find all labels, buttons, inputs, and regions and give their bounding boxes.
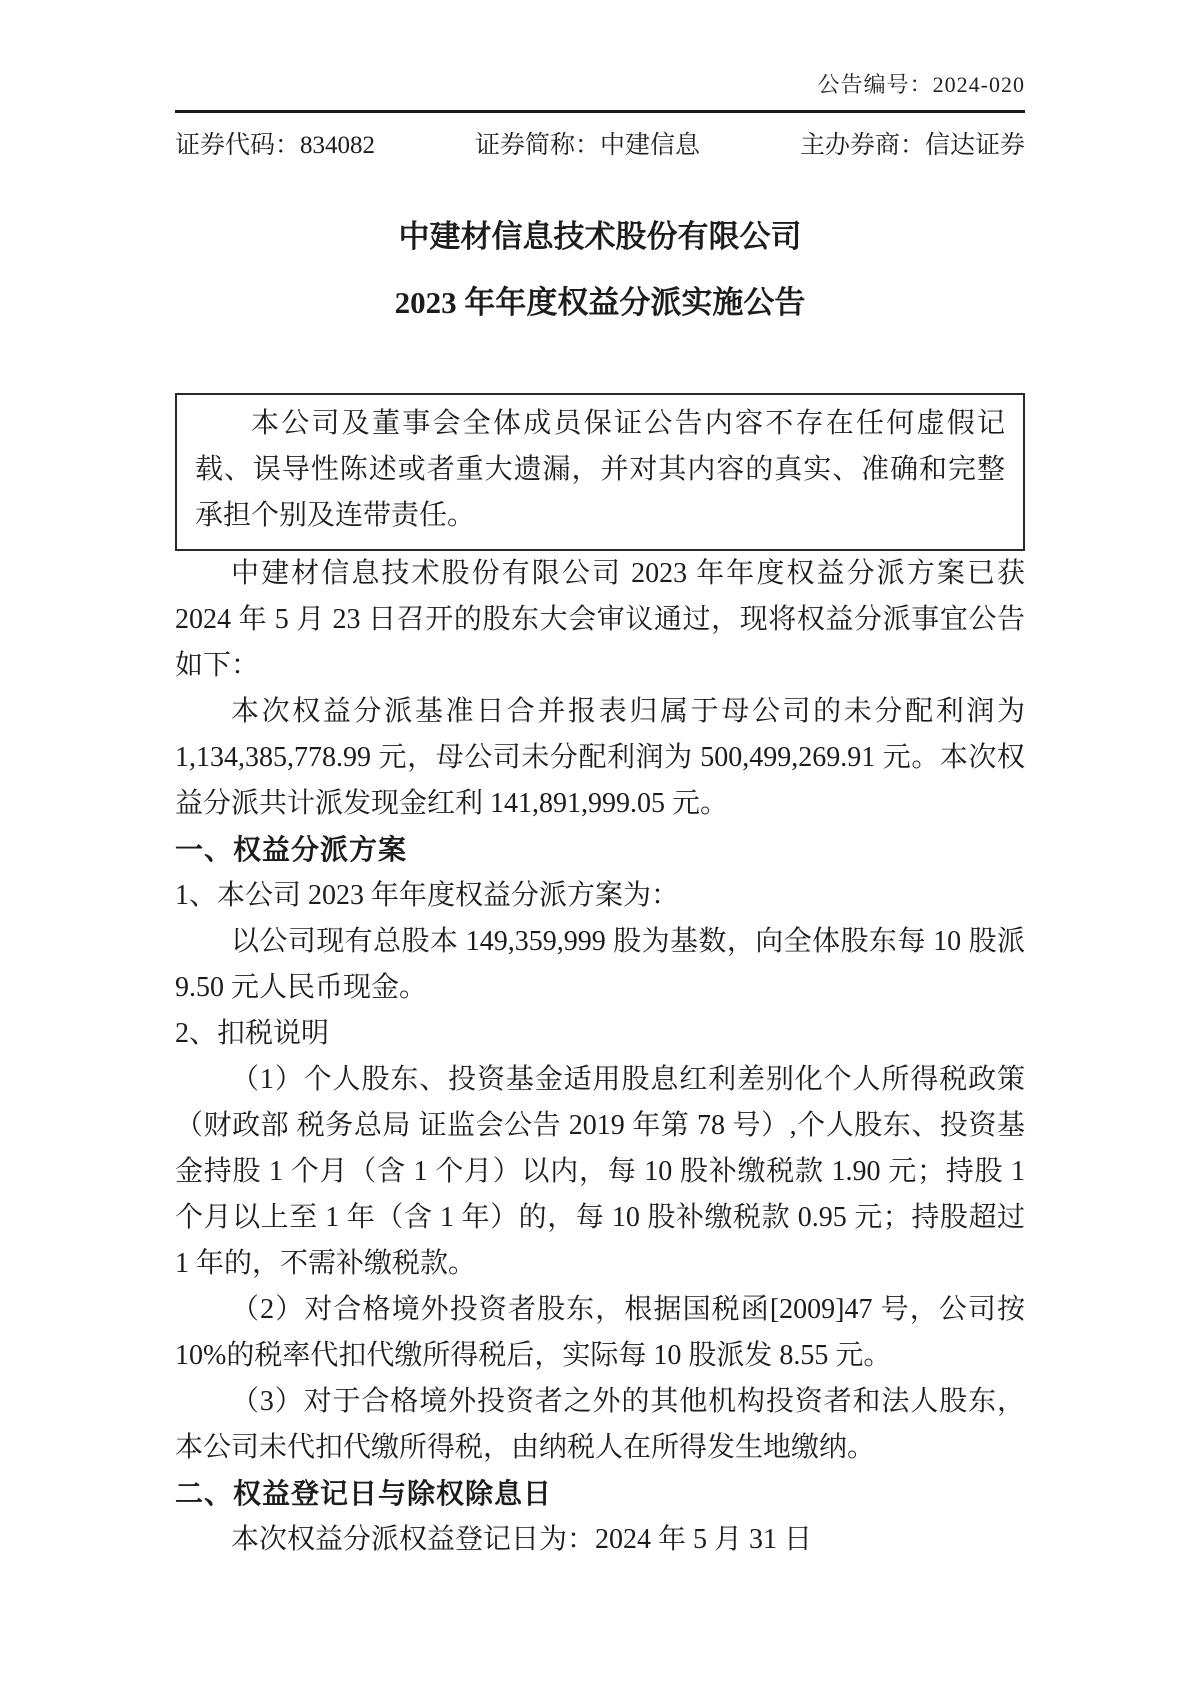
disclaimer-box: 本公司及董事会全体成员保证公告内容不存在任何虚假记载、误导性陈述或者重大遗漏，并… [175, 393, 1025, 551]
intro-paragraph-1: 中建材信息技术股份有限公司 2023 年年度权益分派方案已获 2024 年 5 … [175, 551, 1025, 689]
section1-item1-detail: 以公司现有总股本 149,359,999 股为基数，向全体股东每 10 股派 9… [175, 919, 1025, 1011]
intro-paragraph-2: 本次权益分派基准日合并报表归属于母公司的未分配利润为 1,134,385,778… [175, 689, 1025, 827]
stock-code-label: 证券代码：834082 [175, 131, 375, 161]
document-page: 公告编号：2024-020 证券代码：834082 证券简称：中建信息 主办券商… [175, 0, 1025, 1563]
announcement-title: 2023 年年度权益分派实施公告 [175, 283, 1025, 323]
record-date-line: 本次权益分派权益登记日为：2024 年 5 月 31 日 [175, 1517, 1025, 1563]
securities-info-row: 证券代码：834082 证券简称：中建信息 主办券商：信达证券 [175, 131, 1025, 161]
header-rule [175, 110, 1025, 113]
document-body: 中建材信息技术股份有限公司 2023 年年度权益分派方案已获 2024 年 5 … [175, 551, 1025, 1563]
disclaimer-text: 本公司及董事会全体成员保证公告内容不存在任何虚假记载、误导性陈述或者重大遗漏，并… [195, 401, 1005, 539]
stock-name-label: 证券简称：中建信息 [475, 131, 700, 161]
sponsor-label: 主办券商：信达证券 [800, 131, 1025, 161]
section1-item2: 2、扣税说明 [175, 1011, 1025, 1057]
section1-item1: 1、本公司 2023 年年度权益分派方案为： [175, 873, 1025, 919]
tax-note-3: （3）对于合格境外投资者之外的其他机构投资者和法人股东，本公司未代扣代缴所得税，… [175, 1379, 1025, 1471]
section1-heading: 一、权益分派方案 [175, 827, 1025, 873]
company-title: 中建材信息技术股份有限公司 [175, 217, 1025, 257]
section2-heading: 二、权益登记日与除权除息日 [175, 1471, 1025, 1517]
announcement-number: 公告编号：2024-020 [175, 72, 1025, 98]
tax-note-1: （1）个人股东、投资基金适用股息红利差别化个人所得税政策（财政部 税务总局 证监… [175, 1057, 1025, 1287]
tax-note-2: （2）对合格境外投资者股东，根据国税函[2009]47 号，公司按 10%的税率… [175, 1287, 1025, 1379]
